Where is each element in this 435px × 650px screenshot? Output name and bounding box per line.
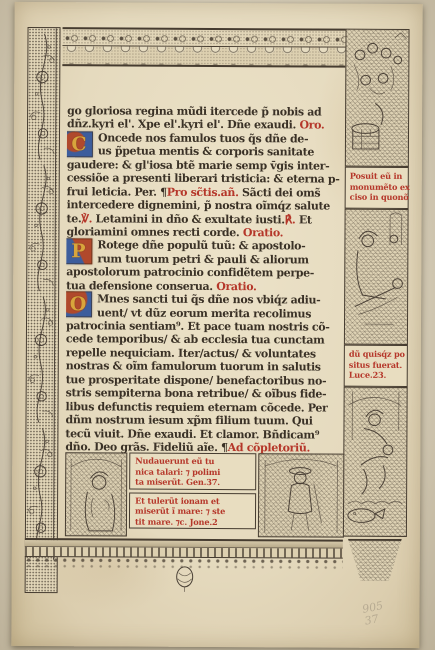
text-line: rum tuorum petri & pauli & aliorum	[66, 252, 345, 267]
text-line: Rotege dñe populũ tuũ: & apostolo-	[66, 239, 345, 254]
caption-line: Luce.23.	[349, 370, 405, 381]
vine-ornament-icon	[26, 28, 60, 560]
text-line: nostras & oĩm famulorum tuorum in saluti…	[66, 360, 345, 375]
scroll-motif-band	[62, 27, 345, 47]
text-line: tue prosperitate dispone/ benefactoribus…	[66, 373, 345, 388]
main-text-block: go gloriosa regina mũdi itercede p̃ nobi…	[65, 104, 346, 455]
woodcut-joseph-lowered-into-well-scene	[345, 29, 410, 167]
caption-line: Et tulerũt ionam et	[135, 495, 255, 506]
body-text: Sãcti dei oms̃	[239, 186, 321, 199]
text-line: repelle nequiciam. Iter/actus/ & volunta…	[66, 346, 345, 361]
text-line: cede temporibus/ & ab ecclesia tua cunct…	[66, 333, 345, 348]
text-line: stris sempiterna bona retribue/ & oĩbus …	[66, 386, 345, 401]
text-line: dñm nostrum iesum xp̃m filium tuum. Qui	[65, 413, 344, 428]
left-floral-border	[25, 27, 61, 593]
body-text: apostolorum patrocinio confidẽtem perpe-	[66, 265, 314, 279]
body-text: go gloriosa regina mũdi itercede p̃ nobi…	[67, 104, 321, 118]
body-text: us p̃petua mentis & corporis sanitate	[98, 145, 314, 159]
caption-line: dũ quisq́z po	[349, 349, 405, 360]
crowd-and-well-icon	[346, 30, 409, 164]
woodcut-praying-monk-scene	[65, 452, 127, 536]
body-text: tua defensione conserua.	[66, 279, 216, 293]
body-text: frui leticia. Per. ¶	[67, 185, 167, 199]
pencil-line-2: 37	[364, 612, 387, 628]
side-caption-luke23-part2: dũ quisq́z positus fuerat.Luce.23.	[344, 345, 408, 387]
text-line: libus defunctis requiem eternam cõcede. …	[66, 400, 345, 415]
caption-line: situs fuerat.	[349, 359, 405, 370]
rubric-text: Pro sc̃tis.añ.	[167, 185, 239, 198]
rubric-text: ℟.	[285, 213, 296, 226]
bottom-architectural-border	[25, 538, 343, 598]
body-text: Et	[295, 213, 311, 226]
right-border-pedestal	[343, 539, 407, 581]
praying-monk-icon	[66, 453, 126, 535]
body-text: stris sempiterna bona retribue/ & oĩbus …	[66, 386, 327, 400]
caption-line: Posuit eũ in	[350, 171, 406, 182]
text-line: frui leticia. Per. ¶Pro sc̃tis.añ. Sãcti…	[67, 185, 346, 200]
body-text: libus defunctis requiem eternam cõcede. …	[66, 400, 328, 414]
text-line: uent/ vt dũz eorum merita recolimus	[66, 306, 345, 321]
body-text: Letamini in dño & exultate iusti.	[92, 212, 285, 226]
text-line: Mnes sancti tui q̃s dñe nos vbiq́z adiu-	[66, 292, 345, 307]
body-text: nostras & oĩm famulorum tuorum in saluti…	[66, 360, 321, 374]
manuscript-page: Posuit eũ inmonumẽto exciso in quonõ dũ …	[11, 2, 422, 648]
body-text: dñm nostrum iesum xp̃m filium tuum. Qui	[65, 413, 312, 427]
text-line: tecũ viuit. Dñe exaudi. Et clamor. Bñdic…	[65, 427, 344, 442]
scallop-motif-band	[62, 46, 345, 67]
text-line: cessiõe a presenti liberari tristicia: &…	[67, 171, 346, 186]
body-text: rum tuorum petri & pauli & aliorum	[97, 252, 308, 266]
pencil-inscription: 905 37	[361, 600, 386, 628]
caption-line: monumẽto ex	[350, 181, 406, 192]
text-line: apostolorum patrocinio confidẽtem perpe-	[66, 265, 345, 280]
body-text: cede temporibus/ & ab ecclesia tua cunct…	[66, 333, 325, 347]
right-scene-border: Posuit eũ inmonumẽto exciso in quonõ dũ …	[343, 25, 410, 601]
pieta-icon	[345, 210, 408, 342]
side-caption-luke23-part1: Posuit eũ inmonumẽto exciso in quonõ	[345, 167, 409, 209]
rubric-text: Oratio.	[243, 226, 283, 239]
scanned-manuscript-photo: { "palette":{"rubric_red":"#b5372a","ink…	[0, 0, 435, 650]
jonah-and-whale-icon	[344, 388, 407, 534]
body-text: Mnes sancti tui q̃s dñe nos vbiq́z adiu-	[97, 292, 320, 306]
rubric-text: ℣.	[81, 212, 92, 225]
text-line: intercedere dignemini‚ p̃ nostra oĩmq́z …	[67, 198, 346, 213]
caption-line: Nudauerunt eũ tu	[135, 456, 255, 467]
body-text: te.	[67, 212, 82, 225]
text-line: gloriamini omnes recti corde. Oratio.	[66, 225, 345, 240]
caption-line: ta miserũt. Gen.37.	[135, 477, 255, 488]
woodcut-pieta-lamentation-scene	[344, 209, 409, 345]
caption-line: tit mare. ⁊c. Jone.2	[135, 516, 255, 527]
woodcut-jonah-cast-to-sea-scene	[343, 387, 408, 537]
caption-line: ciso in quonõ	[350, 192, 406, 203]
text-line: te.℣. Letamini in dño & exultate iusti.℟…	[67, 212, 346, 227]
body-text: dñz.kyri el'. Xpe el'.kyri el'. Dñe exau…	[67, 118, 299, 132]
caption-jonah-2: Et tulerũt ionam etmiserũt ĩ mare: ⁊ ste…	[129, 492, 256, 529]
artichoke-finial-icon	[173, 565, 197, 593]
bottom-caption-boxes: Nudauerunt eũ tunica talari: ⁊ polimita …	[129, 453, 256, 533]
caption-genesis-37: Nudauerunt eũ tunica talari: ⁊ polimita …	[129, 453, 256, 490]
body-text: uent/ vt dũz eorum merita recolimus	[97, 306, 311, 320]
body-text: repelle nequiciam. Iter/actus/ & volunta…	[66, 346, 316, 360]
body-text: intercedere dignemini‚ p̃ nostra oĩmq́z …	[67, 198, 330, 212]
body-text: Rotege dñe populũ tuũ: & apostolo-	[97, 239, 305, 253]
caption-line: nica talari: ⁊ polimi	[135, 466, 255, 477]
caption-line: miserũt ĩ mare: ⁊ ste	[135, 506, 255, 517]
body-text: cessiõe a presenti liberari tristicia: &…	[67, 171, 340, 185]
top-ornament-border	[62, 27, 345, 69]
body-text: gaudere: & gl'iosa btẽ marie semp v̄gis …	[67, 158, 330, 172]
text-line: tua defensione conserua. Oratio.	[66, 279, 345, 294]
man-with-hat-icon	[259, 454, 343, 536]
printed-area: Posuit eũ inmonumẽto exciso in quonõ dũ …	[25, 23, 410, 601]
body-text: Oncede nos famulos tuos q̃s dñe de-	[98, 131, 308, 145]
woodcut-standing-man-scene	[258, 453, 344, 537]
bottom-vignette-strip: Nudauerunt eũ tunica talari: ⁊ polimita …	[65, 452, 344, 537]
body-text: tue prosperitate dispone/ benefactoribus…	[66, 373, 327, 387]
rubric-text: Oratio.	[216, 280, 256, 293]
text-line: patrocinia sentiam⁹. Et pace tuam nostri…	[66, 319, 345, 334]
body-text: patrocinia sentiam⁹. Et pace tuam nostri…	[66, 319, 330, 333]
body-text: tecũ viuit. Dñe exaudi. Et clamor. Bñdic…	[65, 427, 319, 441]
rubric-text: Oro.	[299, 119, 324, 132]
body-text: gloriamini omnes recti corde.	[66, 225, 242, 239]
